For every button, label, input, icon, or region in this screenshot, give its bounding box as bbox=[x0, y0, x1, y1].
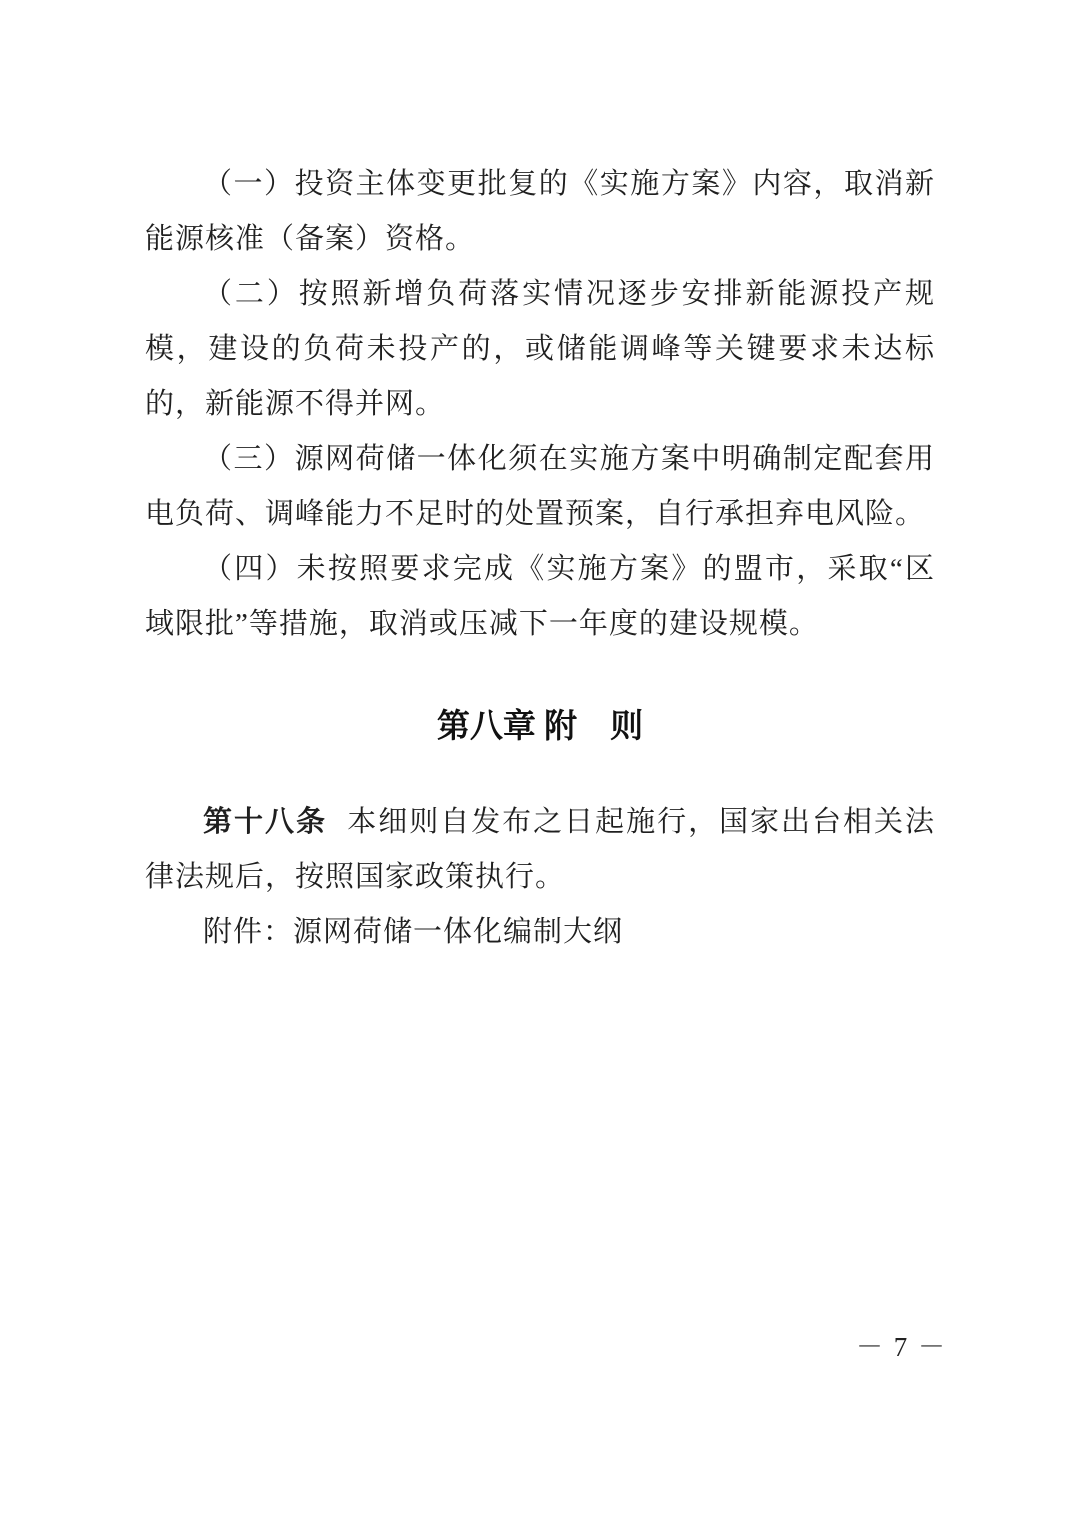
document-page: （一）投资主体变更批复的《实施方案》内容，取消新能源核准（备案）资格。 （二）按… bbox=[0, 0, 1080, 1527]
clause-item-4: （四）未按照要求完成《实施方案》的盟市，采取“区域限批”等措施，取消或压减下一年… bbox=[145, 542, 935, 652]
article-number-label: 第十八条 bbox=[203, 806, 327, 838]
attachment-line: 附件：源网荷储一体化编制大纲 bbox=[145, 905, 935, 960]
clause-item-3: （三）源网荷储一体化须在实施方案中明确制定配套用电负荷、调峰能力不足时的处置预案… bbox=[145, 432, 935, 542]
page-number: － 7 － bbox=[856, 1332, 947, 1362]
clause-item-1: （一）投资主体变更批复的《实施方案》内容，取消新能源核准（备案）资格。 bbox=[145, 157, 935, 267]
chapter-heading: 第八章 附 则 bbox=[145, 700, 935, 755]
clause-item-2: （二）按照新增负荷落实情况逐步安排新能源投产规模，建设的负荷未投产的，或储能调峰… bbox=[145, 267, 935, 432]
document-body: （一）投资主体变更批复的《实施方案》内容，取消新能源核准（备案）资格。 （二）按… bbox=[145, 157, 935, 960]
article-paragraph: 第十八条本细则自发布之日起施行，国家出台相关法律法规后，按照国家政策执行。 bbox=[145, 795, 935, 905]
